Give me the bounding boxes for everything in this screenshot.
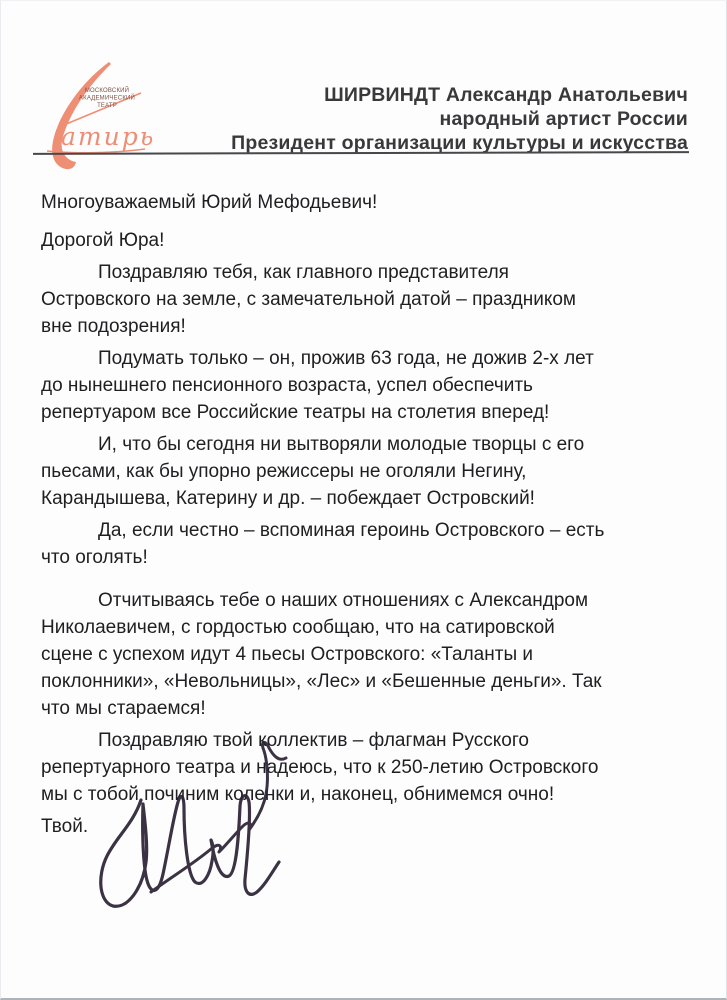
logo-org-line-1: МОСКОВСКИЙ (85, 86, 129, 94)
logo-org-line-3: ТЕАТР (97, 103, 117, 109)
logo-script-word: атиры (61, 122, 153, 151)
closing-word: Твой. (41, 813, 693, 840)
satire-theatre-logo-icon: МОСКОВСКИЙ АКАДЕМИЧЕСКИЙ ТЕАТР атиры (45, 61, 153, 173)
salutation-informal: Дорогой Юра! (41, 227, 693, 254)
letterhead-name: ШИРВИНДТ Александр Анатольевич (218, 83, 688, 107)
letter-page: МОСКОВСКИЙ АКАДЕМИЧЕСКИЙ ТЕАТР атиры ШИР… (0, 0, 727, 1000)
letter-body: Многоуважаемый Юрий Мефодьевич! Дорогой … (41, 189, 693, 845)
letterhead-honorific: народный артист России (218, 107, 688, 131)
logo-org-line-2: АКАДЕМИЧЕСКИЙ (79, 94, 135, 102)
paragraph: Отчитываясь тебе о наших отношениях с Ал… (41, 587, 693, 722)
paragraph: Поздравляю твой коллектив – флагман Русс… (41, 727, 693, 808)
paragraph: И, что бы сегодня ни вытворяли молодые т… (41, 431, 693, 512)
paragraph: Подумать только – он, прожив 63 года, не… (41, 345, 693, 426)
paragraph: Поздравляю тебя, как главного представит… (41, 259, 693, 340)
letterhead: ШИРВИНДТ Александр Анатольевич народный … (218, 83, 688, 155)
salutation-formal: Многоуважаемый Юрий Мефодьевич! (41, 189, 693, 216)
paragraph: Да, если честно – вспоминая героинь Остр… (41, 517, 693, 571)
